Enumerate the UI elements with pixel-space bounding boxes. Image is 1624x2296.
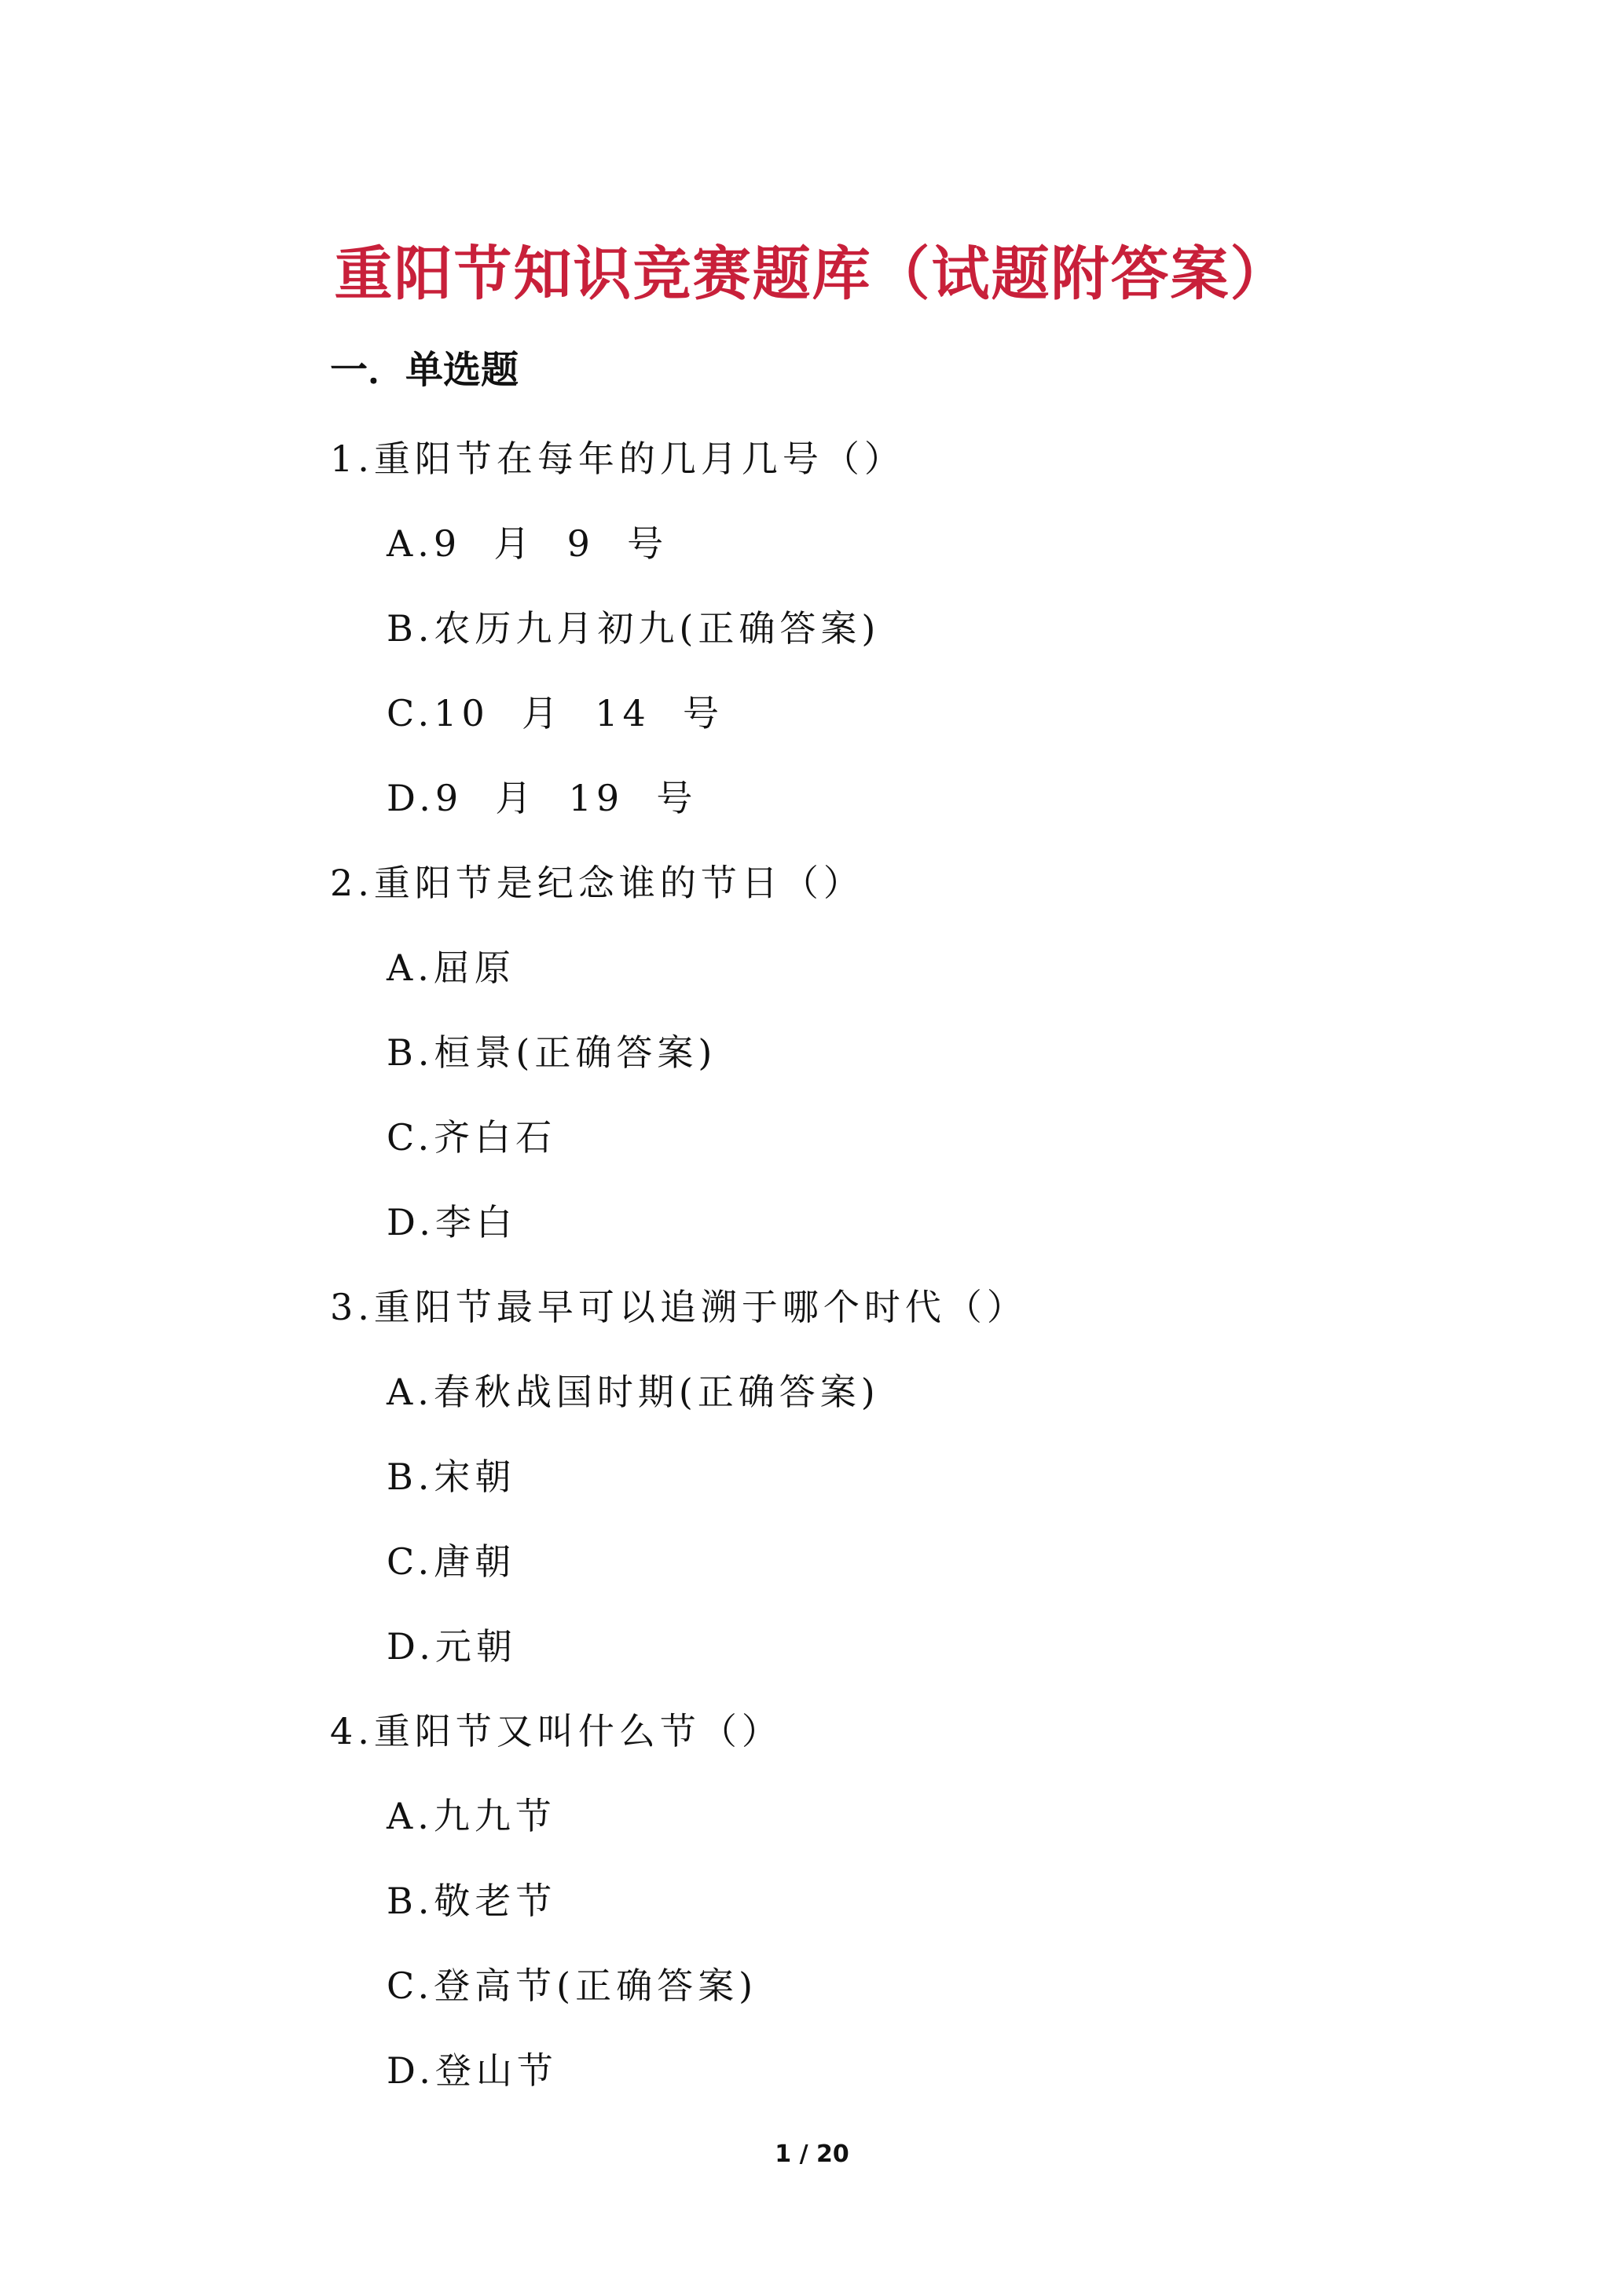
question-3: 3.重阳节最早可以追溯于哪个时代（） bbox=[330, 1279, 1028, 1331]
question-3-option-d: D.元朝 bbox=[387, 1618, 517, 1670]
question-4: 4.重阳节又叫什么节（） bbox=[330, 1703, 783, 1755]
question-2-option-b: B.桓景(正确答案) bbox=[387, 1024, 717, 1076]
question-1-option-c: C.10 月 14 号 bbox=[387, 685, 724, 737]
section-heading: 一．单选题 bbox=[330, 339, 519, 394]
question-1-option-b: B.农历九月初九(正确答案) bbox=[387, 600, 880, 652]
question-4-option-c: C.登高节(正确答案) bbox=[387, 1957, 757, 2009]
question-1-option-d: D.9 月 19 号 bbox=[387, 770, 697, 822]
question-3-option-a: A.春秋战国时期(正确答案) bbox=[387, 1364, 880, 1415]
question-2-option-a: A.屈原 bbox=[387, 939, 515, 991]
question-4-option-d: D.登山节 bbox=[387, 2042, 558, 2094]
question-3-option-c: C.唐朝 bbox=[387, 1533, 515, 1585]
question-2-option-c: C.齐白石 bbox=[387, 1109, 556, 1161]
question-2: 2.重阳节是纪念谁的节日（） bbox=[330, 855, 864, 906]
document-title: 重阳节知识竞赛题库（试题附答案） bbox=[0, 228, 1624, 311]
question-2-option-d: D.李白 bbox=[387, 1194, 517, 1246]
question-1: 1.重阳节在每年的几月几号（） bbox=[330, 430, 905, 482]
question-4-option-b: B.敬老节 bbox=[387, 1873, 556, 1924]
question-4-option-a: A.九九节 bbox=[387, 1788, 556, 1840]
question-3-option-b: B.宋朝 bbox=[387, 1448, 515, 1500]
question-1-option-a: A.9 月 9 号 bbox=[387, 515, 668, 567]
page-indicator: 1 / 20 bbox=[0, 2140, 1624, 2168]
